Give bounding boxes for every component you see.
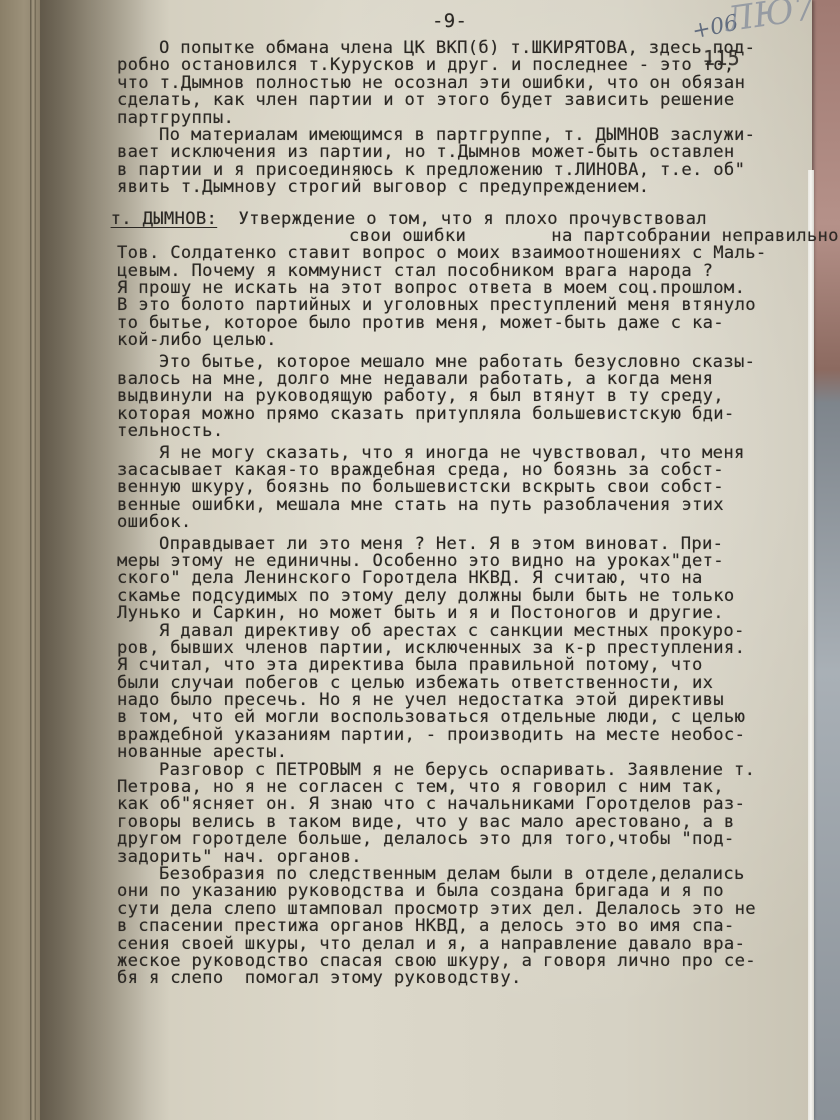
paragraph: По материалам имеющимся в партгруппе, т.…: [117, 127, 797, 197]
text-line: бя я слепо помогал этому руководству.: [117, 970, 797, 987]
speaker-label: т. ДЫМНОВ:: [111, 209, 217, 229]
text-line: венные ошибки, мешала мне стать на путь …: [117, 497, 797, 514]
text-line: другом горотделе больше, делалось это дл…: [117, 831, 797, 848]
text-line: Лунько и Саркин, но может быть и я и Пос…: [117, 605, 797, 622]
text-line: кой-либо целью.: [117, 332, 797, 349]
document-body: О попытке обмана члена ЦК ВКП(б) т.ШКИРЯ…: [117, 40, 797, 988]
paragraph: Это бытье, которое мешало мне работать б…: [117, 354, 797, 441]
paragraph: О попытке обмана члена ЦК ВКП(б) т.ШКИРЯ…: [117, 40, 797, 127]
page-edge: [808, 170, 814, 1120]
paragraph: Оправдывает ли это меня ? Нет. Я в этом …: [117, 536, 797, 623]
paragraph: т. ДЫМНОВ: Утверждение о том, что я плох…: [117, 211, 797, 350]
paragraph: Разговор с ПЕТРОВЫМ я не берусь оспарива…: [117, 762, 797, 866]
text-line: сделать, как член партии и от этого буде…: [117, 92, 797, 109]
binding-edge: [30, 0, 36, 1120]
paragraph: Безобразия по следственным делам были в …: [117, 866, 797, 988]
text-line: ошибок.: [117, 514, 797, 531]
text-line: тельность.: [117, 423, 797, 440]
paragraph: Я не могу сказать, что я иногда не чувст…: [117, 445, 797, 532]
paragraph: Я давал директиву об арестах с санкции м…: [117, 623, 797, 762]
text-line: в спасении престижа органов НКВД, а дело…: [117, 918, 797, 935]
page-number: -9-: [432, 10, 467, 32]
photo-scene: -9- 115 +06 ЛЮ7 О попытке обмана члена Ц…: [0, 0, 840, 1120]
text-line: явить т.Дымнову строгий выговор с предуп…: [117, 179, 797, 196]
